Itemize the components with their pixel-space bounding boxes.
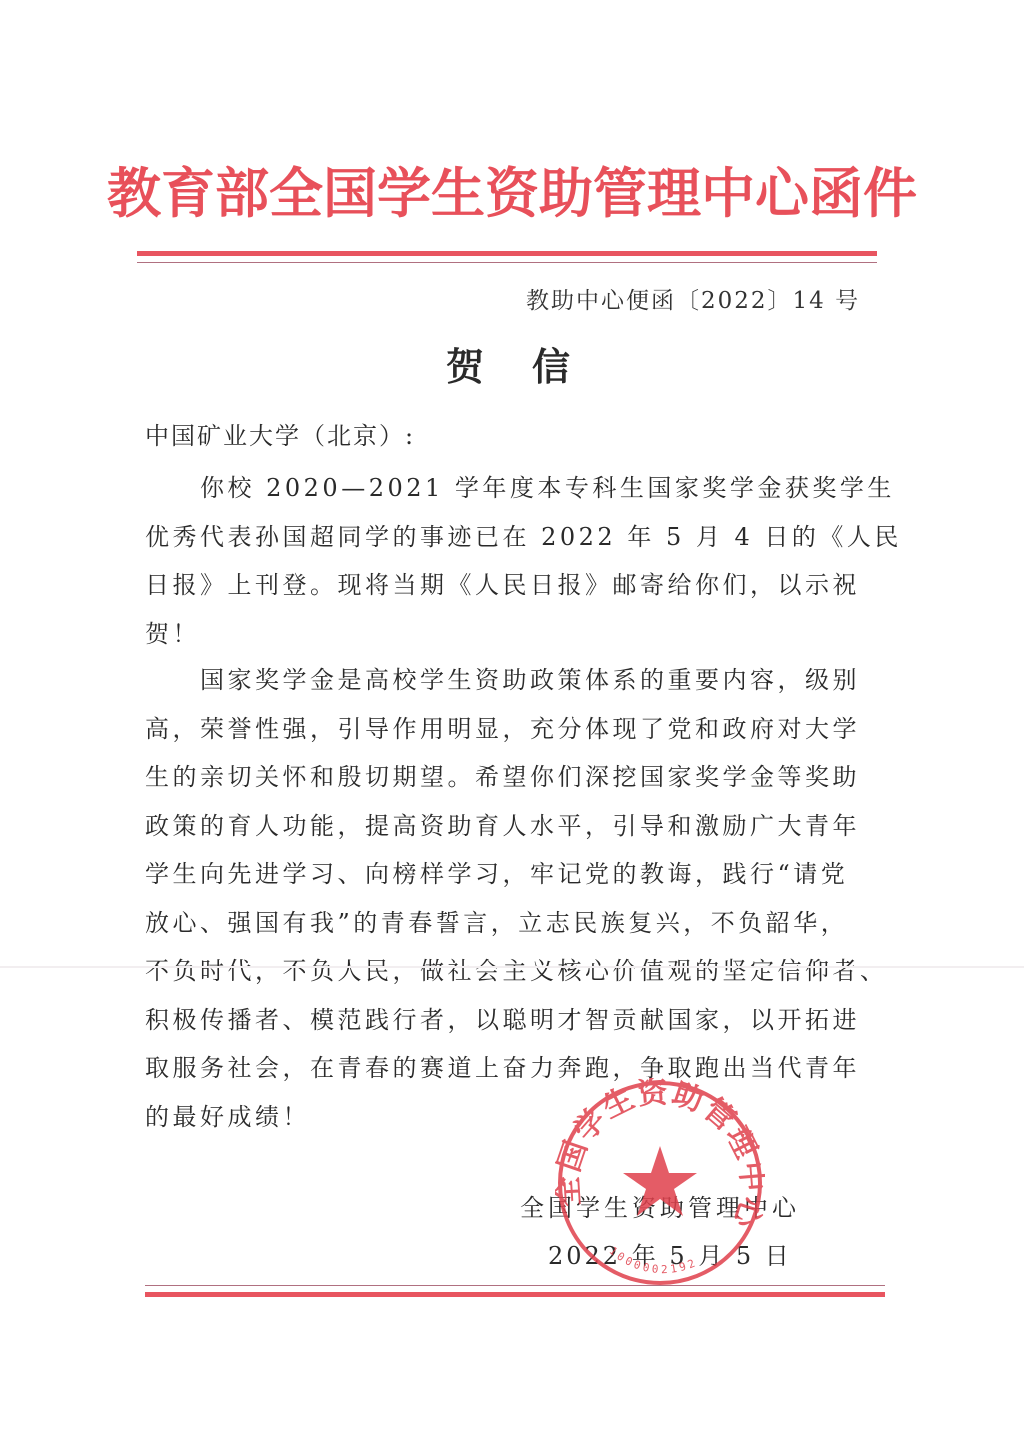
letterhead-title: 教育部全国学生资助管理中心函件: [0, 158, 1024, 228]
footer-rule-thin: [145, 1285, 885, 1286]
paragraph-line: 积极传播者、模范践行者，以聪明才智贡献国家，以开拓进: [145, 996, 865, 1045]
footer-rule-thick: [145, 1292, 885, 1297]
paragraph-line: 你校 2020—2021 学年度本专科生国家奖学金获奖学生: [145, 464, 865, 513]
paragraph-line: 的最好成绩！: [145, 1093, 865, 1142]
scan-artifact-line: [0, 966, 1024, 968]
letter-title: 贺信: [0, 340, 1024, 394]
paragraph-line: 日报》上刊登。现将当期《人民日报》邮寄给你们，以示祝: [145, 561, 865, 610]
paragraph-line: 贺！: [145, 610, 865, 659]
document-number: 教助中心便函〔2022〕14 号: [526, 283, 860, 319]
paragraph-2: 国家奖学金是高校学生资助政策体系的重要内容，级别 高，荣誉性强，引导作用明显，充…: [145, 656, 865, 1141]
paragraph-line: 学生向先进学习、向榜样学习，牢记党的教诲，践行“请党: [145, 850, 865, 899]
paragraph-line: 政策的育人功能，提高资助育人水平，引导和激励广大青年: [145, 802, 865, 851]
paragraph-line: 生的亲切关怀和殷切期望。希望你们深挖国家奖学金等奖助: [145, 753, 865, 802]
paragraph-line: 放心、强国有我”的青春誓言，立志民族复兴，不负韶华，: [145, 899, 865, 948]
paragraph-line: 取服务社会，在青春的赛道上奋力奔跑，争取跑出当代青年: [145, 1044, 865, 1093]
paragraph-line: 高，荣誉性强，引导作用明显，充分体现了党和政府对大学: [145, 705, 865, 754]
paragraph-1: 你校 2020—2021 学年度本专科生国家奖学金获奖学生 优秀代表孙国超同学的…: [145, 464, 865, 658]
signature: 全国学生资助管理中心: [520, 1188, 800, 1228]
header-rule-thin: [137, 262, 877, 263]
paragraph-line: 优秀代表孙国超同学的事迹已在 2022 年 5 月 4 日的《人民: [145, 513, 865, 562]
paragraph-line: 不负时代，不负人民，做社会主义核心价值观的坚定信仰者、: [145, 947, 865, 996]
paragraph-line: 国家奖学金是高校学生资助政策体系的重要内容，级别: [145, 656, 865, 705]
header-rule-thick: [137, 251, 877, 256]
date: 2022 年 5 月 5 日: [548, 1236, 792, 1276]
salutation: 中国矿业大学（北京）:: [145, 416, 415, 456]
